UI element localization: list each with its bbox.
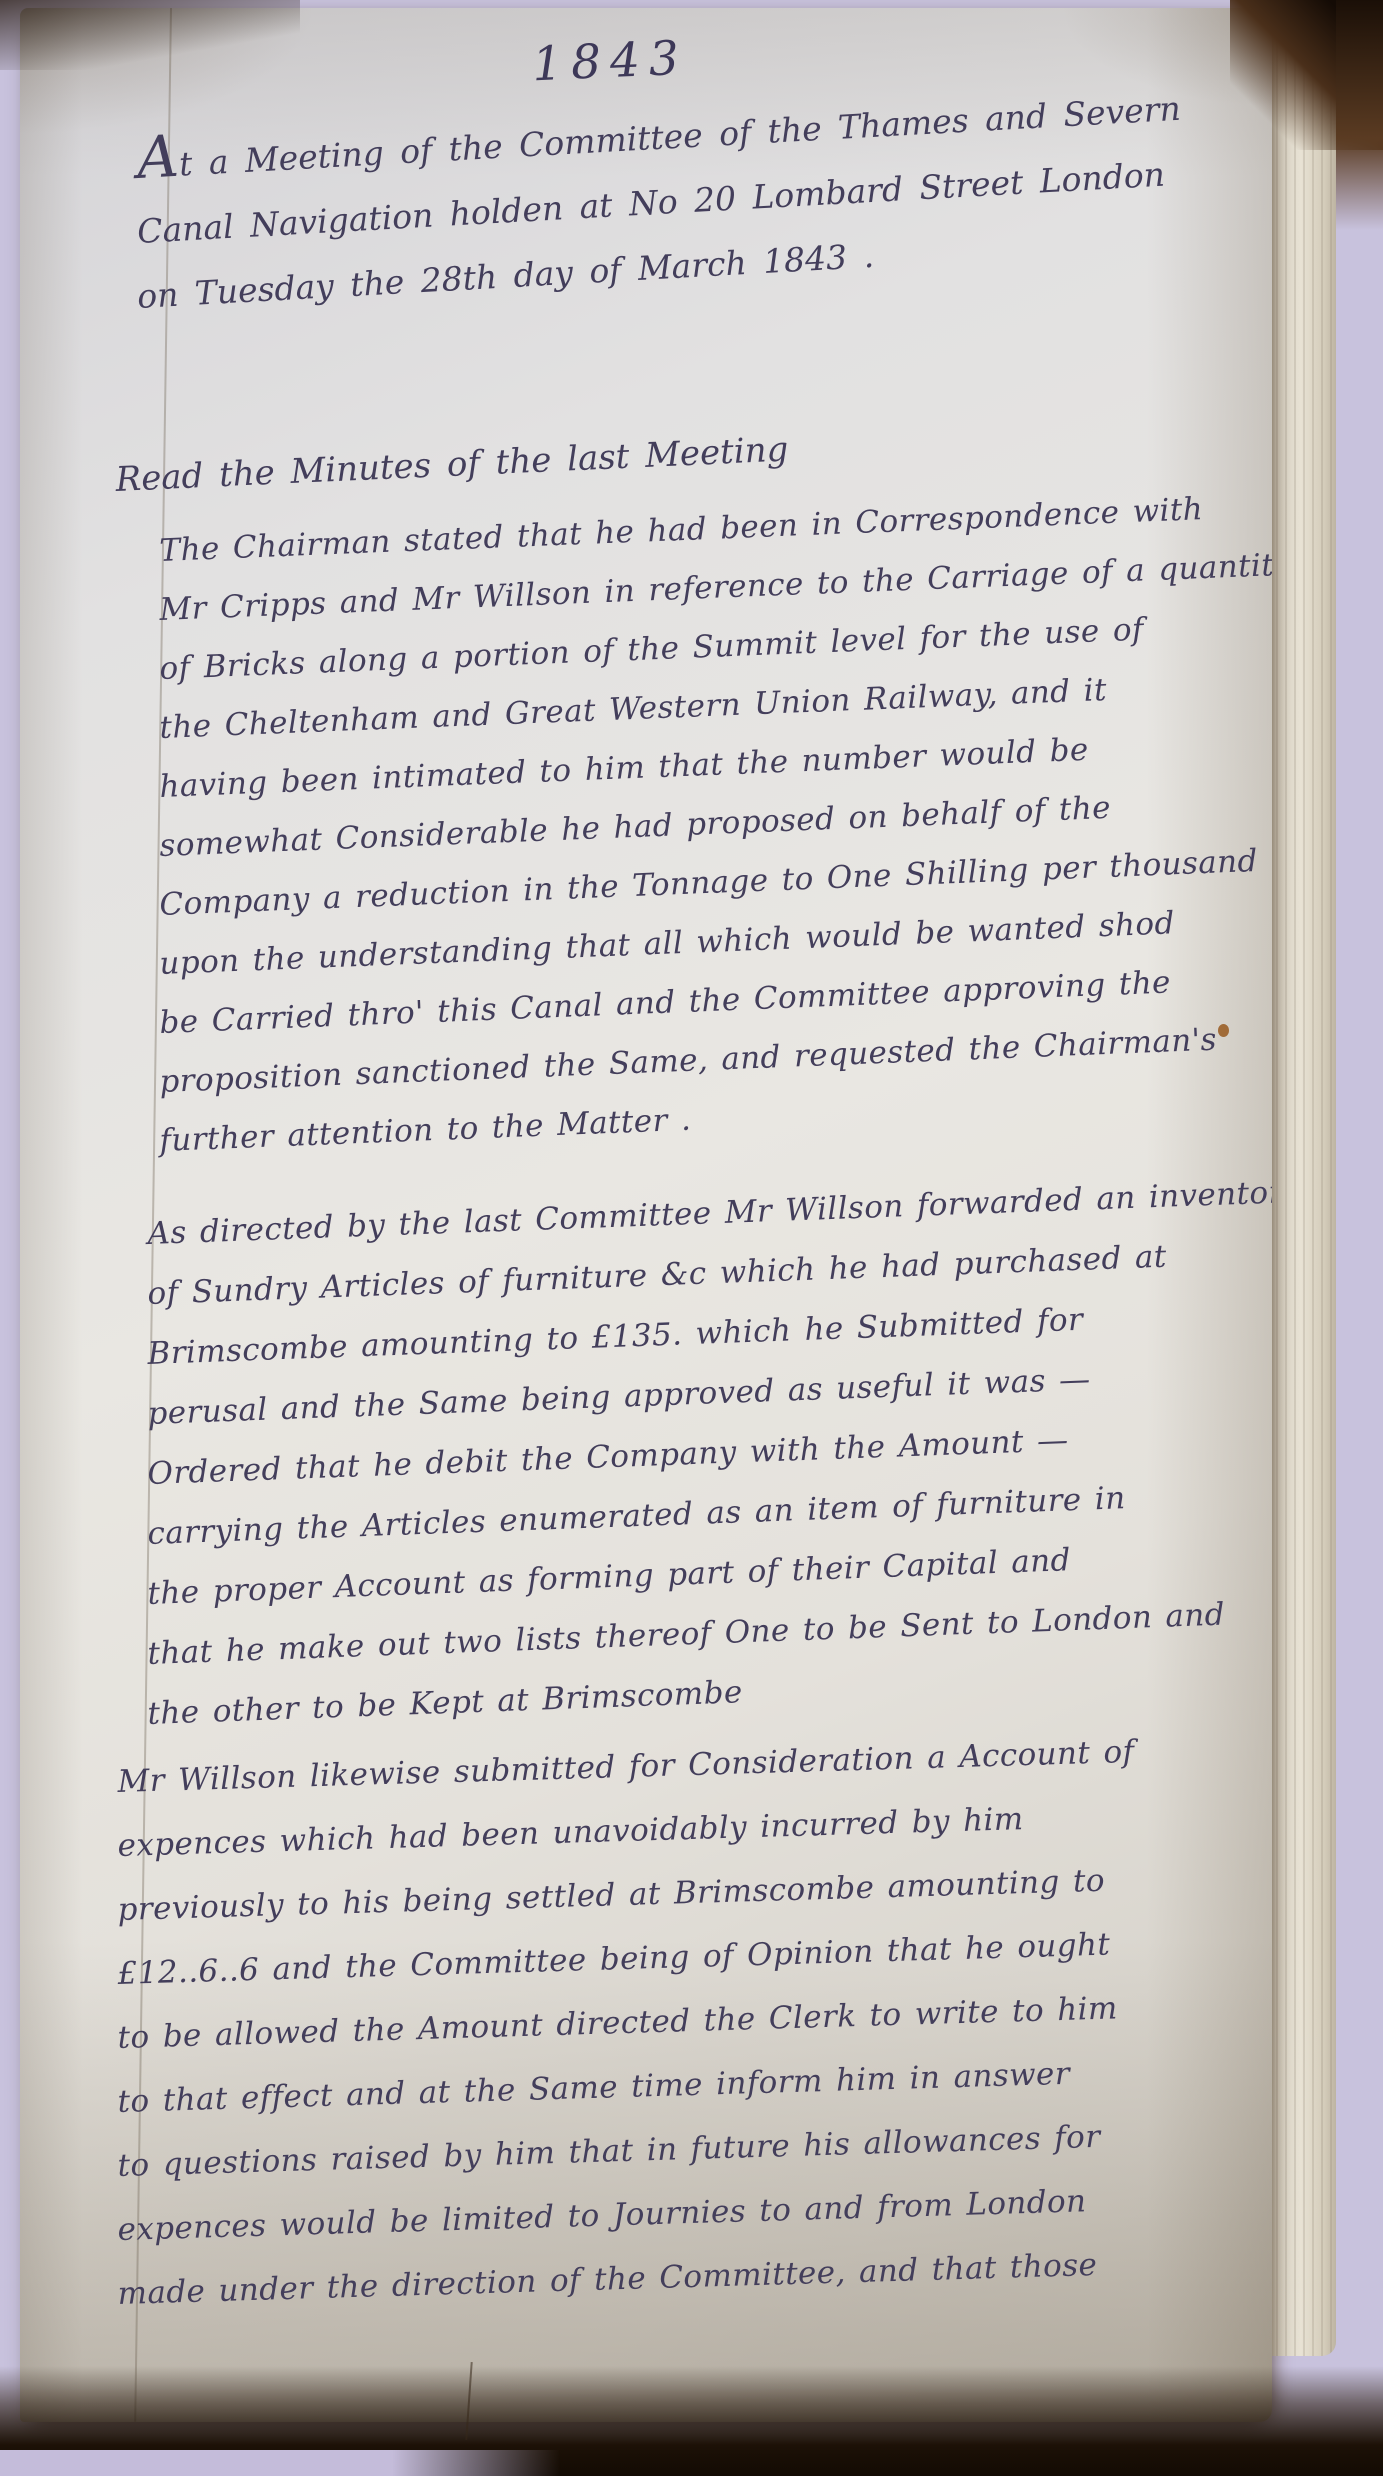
paragraph-furniture-inventory: As directed by the last Committee Mr Wil… xyxy=(148,1204,1272,1744)
book-spine-edge xyxy=(1336,0,1383,230)
section-heading: Read the Minutes of the last Meeting xyxy=(115,429,789,499)
paragraph-chairman-bricks: The Chairman stated that he had been in … xyxy=(160,522,1272,1171)
opening-paragraph: At a Meeting of the Committee of the Tha… xyxy=(138,126,1183,329)
manuscript-page: 1843 At a Meeting of the Committee of th… xyxy=(20,8,1272,2422)
manuscript-photograph: 1843 At a Meeting of the Committee of th… xyxy=(0,0,1383,2476)
binding-shadow-top-left xyxy=(0,0,300,70)
paragraph-expences-account: Mr Willson likewise submitted for Consid… xyxy=(118,1750,1135,2326)
ink-fleck-stain xyxy=(1218,1024,1229,1037)
background-surface-sliver xyxy=(0,2450,560,2476)
year-heading: 1843 xyxy=(439,27,781,97)
